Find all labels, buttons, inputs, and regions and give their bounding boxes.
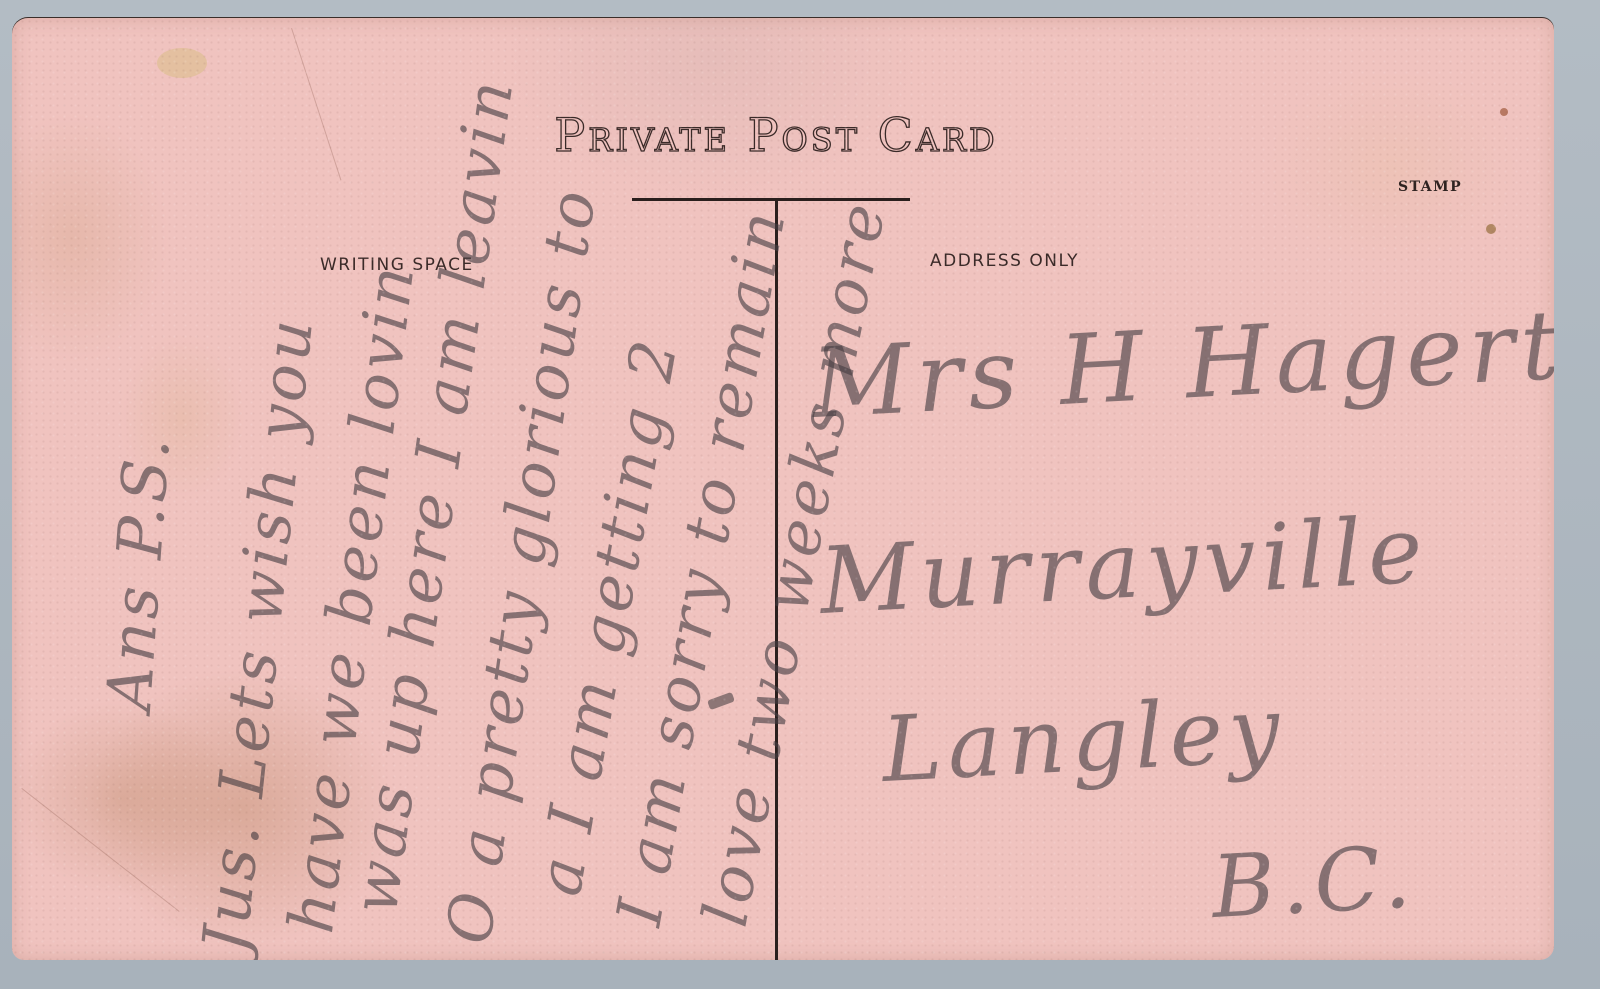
corner-crease — [21, 788, 179, 912]
top-crease — [291, 28, 341, 180]
address-only-label: ADDRESS ONLY — [930, 251, 1079, 271]
address-line-name: Mrs H Hagerty — [809, 285, 1554, 439]
address-line-town: Murrayville — [817, 496, 1431, 635]
header-rule — [632, 198, 910, 201]
message-line: Ans P.S. — [92, 432, 184, 713]
address-line-province: B.C. — [1209, 827, 1419, 938]
address-line-city: Langley — [879, 677, 1288, 803]
postcard-back: Private Post Card WRITING SPACE ADDRESS … — [12, 18, 1554, 960]
stamp-label: STAMP — [1398, 179, 1462, 195]
stain-spot — [157, 48, 207, 78]
